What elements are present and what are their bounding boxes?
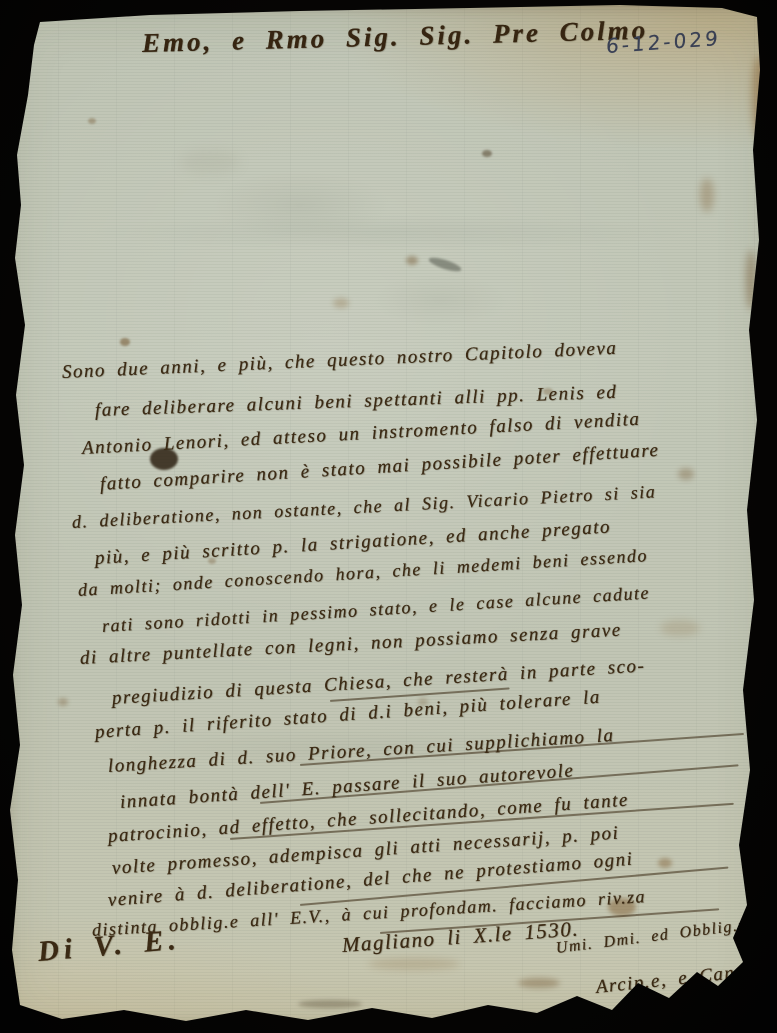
paper-sheet: Emo, e Rmo Sig. Sig. Pre Colmo 6-12-029 … — [0, 0, 777, 1033]
paper-stain — [678, 468, 694, 480]
signature-line-1: Umi. Dmi. ed Obblig.mi Ser.i — [555, 910, 777, 958]
paper-stain — [427, 255, 462, 274]
manuscript-line: Sono due anni, e più, che questo nostro … — [62, 338, 618, 384]
paper-stain — [333, 298, 349, 308]
paper-stain — [700, 178, 714, 212]
paper-stain — [752, 56, 766, 140]
closing-initials: Di V. E. — [37, 924, 182, 969]
paper-stain — [180, 150, 240, 174]
manuscript-photo: Emo, e Rmo Sig. Sig. Pre Colmo 6-12-029 … — [0, 0, 777, 1033]
paper-stain — [368, 958, 460, 970]
paper-stain — [660, 620, 700, 636]
paper-stain — [298, 1000, 362, 1008]
paper-stain — [120, 338, 130, 346]
signature-line-2: Arcip.e, e Canonici — [595, 958, 777, 999]
paper-stain — [482, 150, 492, 157]
letter-salutation: Emo, e Rmo Sig. Sig. Pre Colmo — [142, 15, 649, 59]
paper-stain — [88, 118, 96, 124]
paper-stain — [406, 256, 418, 265]
paper-stain — [518, 978, 560, 988]
paper-stain — [58, 698, 68, 706]
paper-stain — [746, 250, 756, 310]
paper-stain — [658, 858, 672, 868]
